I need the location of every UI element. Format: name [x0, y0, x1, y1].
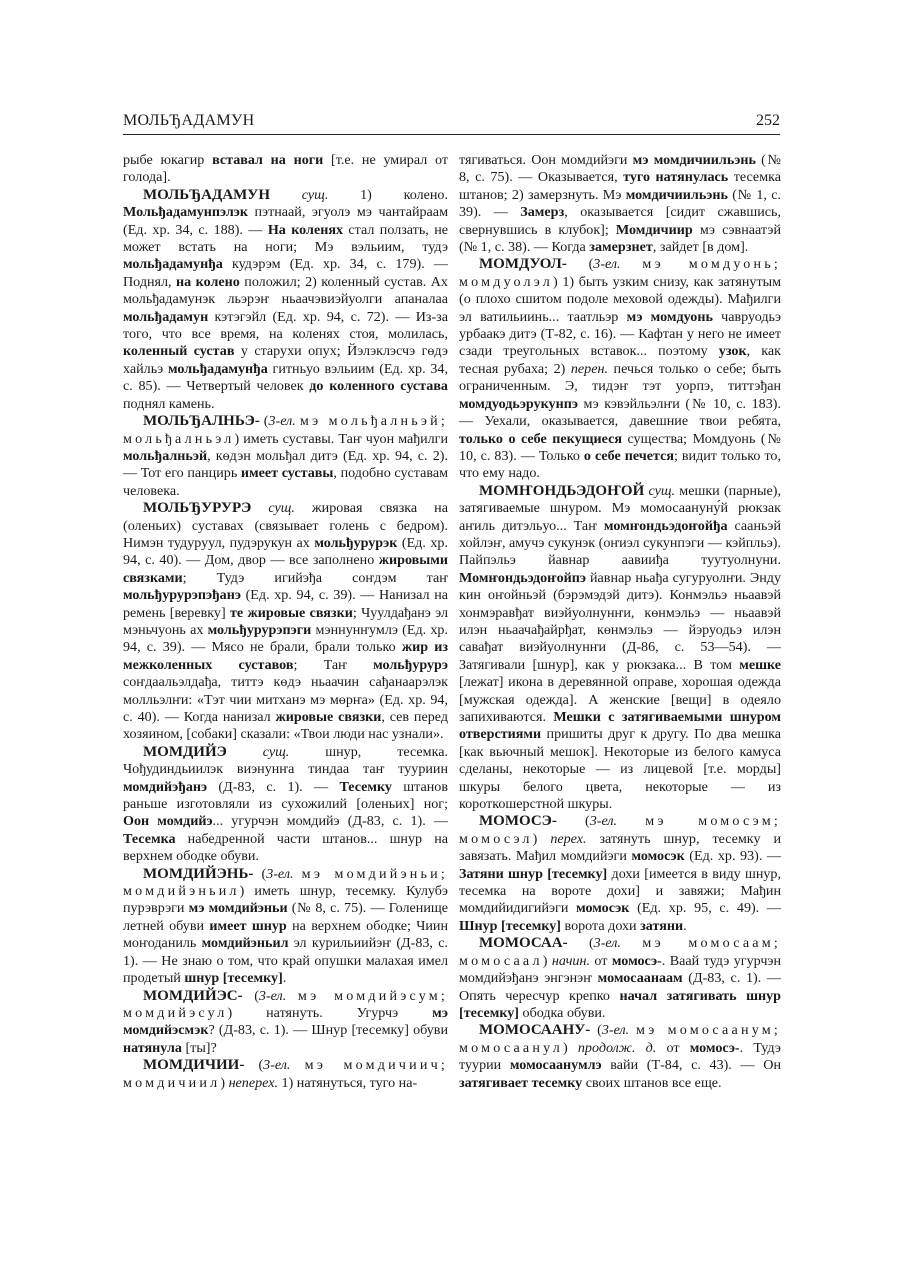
text-run: поднял камень. — [123, 396, 215, 412]
bold-phrase: момдийэньил — [202, 935, 289, 951]
text-run: ( — [567, 256, 593, 272]
bold-phrase: узок — [719, 343, 747, 359]
headword: МОЛЬЂАЛНЬЭ- — [143, 413, 260, 429]
text-run: (Ед. хр. 93). — — [685, 848, 781, 864]
bold-phrase: мольђурурэпэђанэ — [123, 587, 241, 603]
grammar-label: 3-ел. — [266, 866, 293, 882]
bold-phrase: момосэ- — [612, 953, 662, 969]
bold-phrase: момдуодьэрукунпэ — [459, 396, 578, 412]
bold-phrase: замерзнет — [589, 239, 653, 255]
bold-phrase: имеет суставы — [241, 465, 334, 481]
entry-continuation: тягиваться. Оон момдийэги мэ момдичиильэ… — [459, 152, 781, 256]
bold-phrase: шнур [тесемку] — [184, 970, 282, 986]
grammar-label: 3-ел. — [590, 813, 617, 829]
bold-phrase: момҥондьэдоҥойђа — [604, 518, 728, 534]
text-run — [227, 744, 263, 760]
text-run: ... угурчэн момдийэ (Д-83, с. 1). — — [213, 813, 448, 829]
dictionary-entry: МОМДИЙЭНЬ- (3-ел. мэ момдийэньи; момдийэ… — [123, 866, 448, 988]
text-run: (Д-83, с. 1). — — [207, 779, 339, 795]
text-run: ( — [253, 866, 266, 882]
bold-phrase: мэ момдичиильэнь — [633, 152, 756, 168]
bold-phrase: мольђадамун — [123, 309, 208, 325]
bold-phrase: до коленного сустава — [309, 378, 448, 394]
grammar-label: неперех. — [229, 1075, 278, 1091]
dictionary-entry: МОМДИЧИИ- (3-ел. мэ момдичиич; момдичиил… — [123, 1057, 448, 1092]
dictionary-entry: МОМДУОЛ- (3-ел. мэ момдуонь; момдуолэл) … — [459, 256, 781, 482]
text-run: ; Тудэ игийэђа соҥдэм таҥ — [183, 570, 448, 586]
bold-phrase: момдичиильэнь — [626, 187, 728, 203]
grammar-label: 3-ел. — [259, 988, 286, 1004]
grammar-label: сущ. — [268, 500, 295, 516]
text-run: 1) колено. — [328, 187, 448, 203]
bold-phrase: на колено — [176, 274, 240, 290]
bold-phrase: мешке — [739, 657, 781, 673]
bold-phrase: о себе печется — [584, 448, 674, 464]
bold-phrase: Тесемку — [339, 779, 392, 795]
text-run: ( — [244, 1057, 263, 1073]
bold-phrase: момосаанумлэ — [510, 1057, 602, 1073]
grammar-label: 3-ел. — [594, 935, 621, 951]
bold-phrase: момосэк — [576, 900, 629, 916]
text-run: своих штанов все еще. — [582, 1075, 721, 1091]
bold-phrase: мольђурурэ — [373, 657, 448, 673]
bold-phrase: Замерз — [520, 204, 564, 220]
bold-phrase: коленный сустав — [123, 343, 234, 359]
right-column: тягиваться. Оон момдийэги мэ момдичиильэ… — [459, 152, 781, 1092]
headword: МОМДИЙЭ — [143, 744, 227, 760]
text-run: ободка обуви. — [519, 1005, 605, 1021]
text-run: ( — [557, 813, 590, 829]
text-run: . — [283, 970, 287, 986]
bold-phrase: мэ момдуонь — [627, 309, 713, 325]
text-run — [629, 1022, 636, 1038]
dictionary-entry: МОМҤОНДЬЭДОҤОЙ сущ. мешки (парные), затя… — [459, 483, 781, 814]
dictionary-entry: МОМДИЙЭС- (3-ел. мэ момдийэсум; момдийэс… — [123, 988, 448, 1058]
text-run — [621, 935, 642, 951]
text-run — [294, 866, 302, 882]
text-run: от — [656, 1040, 689, 1056]
headword: МОМДИЙЭС- — [143, 988, 243, 1004]
grammar-label: продолж. д. — [578, 1040, 656, 1056]
text-run: ) — [563, 1040, 578, 1056]
dictionary-entry: МОМОСАА- (3-ел. мэ момосаам; момосаал) н… — [459, 935, 781, 1022]
grammar-label: 3-ел. — [602, 1022, 629, 1038]
bold-phrase: Тесемка — [123, 831, 176, 847]
running-head-title: МОЛЬЂАДАМУН — [123, 112, 255, 130]
bold-phrase: мольђалньэй — [123, 448, 207, 464]
headword: МОМДУОЛ- — [479, 256, 567, 272]
bold-phrase: Момдичиир — [616, 222, 693, 238]
bold-phrase: Шнур [тесемку] — [459, 918, 561, 934]
dictionary-entry: МОМОСААНУ- (3-ел. мэ момосаанум; момосаа… — [459, 1022, 781, 1092]
grammar-label: сущ. — [302, 187, 329, 203]
dictionary-entry: МОЛЬЂАЛНЬЭ- (3-ел. мэ мольђалньэй; мольђ… — [123, 413, 448, 500]
bold-phrase: мольђадамунђа — [123, 256, 223, 272]
bold-phrase: момосэк — [631, 848, 684, 864]
text-run: ) иметь суставы. Таҥ чуон мађилги — [234, 431, 448, 447]
text-run: ( — [243, 988, 259, 1004]
grammar-label: перех. — [550, 831, 586, 847]
dictionary-entry: МОМДИЙЭ сущ. шнур, тесемка. Чођудиндьиил… — [123, 744, 448, 866]
text-run: , зайдет [в дом]. — [653, 239, 748, 255]
text-run — [251, 500, 268, 516]
text-run: от — [590, 953, 612, 969]
text-run: [ты]? — [182, 1040, 217, 1056]
bold-phrase: вставал на ноги — [212, 152, 323, 168]
bold-phrase: Оон момдийэ — [123, 813, 213, 829]
bold-phrase: жировые связки — [276, 709, 382, 725]
bold-phrase: натянула — [123, 1040, 182, 1056]
bold-phrase: Затяни шнур [тесемку] — [459, 866, 607, 882]
headword: МОМОСААНУ- — [479, 1022, 590, 1038]
grammar-label: 3-ел. — [263, 1057, 290, 1073]
text-run: . — [683, 918, 687, 934]
headword: МОМОСАА- — [479, 935, 568, 951]
dictionary-entry: МОМОСЭ- (3-ел. мэ момосэм; момосэл) пере… — [459, 813, 781, 935]
text-run: ворота дохи — [561, 918, 640, 934]
text-run: ( — [568, 935, 594, 951]
bold-phrase: только о себе пекущиеся — [459, 431, 622, 447]
bold-phrase: имеет шнур — [209, 918, 286, 934]
bold-phrase: туго натянулась — [623, 169, 728, 185]
bold-phrase: момдийэђанэ — [123, 779, 207, 795]
bold-phrase: мольђурурэпэги — [208, 622, 312, 638]
bold-phrase: Мольђадамунпэлэк — [123, 204, 248, 220]
text-run — [290, 1057, 304, 1073]
bold-phrase: затяни — [640, 918, 683, 934]
bold-phrase: момосэ- — [690, 1040, 740, 1056]
bold-phrase: затягивает тесемку — [459, 1075, 582, 1091]
grammar-label: сущ. — [648, 483, 675, 499]
text-run: (Ед. хр. 95, с. 49). — — [629, 900, 781, 916]
headword: МОМОСЭ- — [479, 813, 557, 829]
text-run: ) — [543, 953, 552, 969]
grammar-label: перен. — [571, 361, 608, 377]
grammar-label: сущ. — [263, 744, 290, 760]
text-run: ? (Д-83, с. 1). — Шнур [тесемку] обуви — [209, 1022, 449, 1038]
grammar-label: начин. — [552, 953, 590, 969]
bold-phrase: те жировые связки — [230, 605, 353, 621]
text-run: рыбе юкагир — [123, 152, 212, 168]
running-header: МОЛЬЂАДАМУН 252 — [123, 110, 780, 135]
headword: МОМДИЙЭНЬ- — [143, 866, 253, 882]
text-run: ) — [220, 1075, 228, 1091]
dictionary-entry: МОЛЬЂУРУРЭ сущ. жировая связка на (олень… — [123, 500, 448, 744]
grammar-label: 3-ел. — [593, 256, 620, 272]
text-run: 1) натянуться, туго на- — [278, 1075, 417, 1091]
left-column: рыбе юкагир вставал на ноги [т.е. не уми… — [123, 152, 448, 1092]
headword: МОМҤОНДЬЭДОҤОЙ — [479, 483, 644, 499]
text-run: ; Таҥ — [293, 657, 373, 673]
text-run: ) натянуть. Угурчэ — [227, 1005, 432, 1021]
bold-phrase: мольђурурэк — [314, 535, 397, 551]
dictionary-entry: МОЛЬЂАДАМУН сущ. 1) колено. Мольђадамунп… — [123, 187, 448, 413]
text-run — [270, 187, 302, 203]
bold-phrase: Момҥондьэдоҥойпэ — [459, 570, 586, 586]
text-run: вайи (Т-84, с. 43). — Он — [602, 1057, 781, 1073]
text-run: тягиваться. Оон момдийэги — [459, 152, 633, 168]
text-run: ( — [590, 1022, 602, 1038]
entry-continuation: рыбе юкагир вставал на ноги [т.е. не уми… — [123, 152, 448, 187]
grammar-label: 3-ел. — [268, 413, 295, 429]
bold-phrase: На коленях — [268, 222, 343, 238]
text-run: ) — [533, 831, 551, 847]
bold-phrase: мэ момдийэньи — [189, 900, 288, 916]
bold-phrase: мольђадамунђа — [168, 361, 268, 377]
headword: МОМДИЧИИ- — [143, 1057, 244, 1073]
page-number: 252 — [756, 112, 780, 130]
text-run — [617, 813, 645, 829]
text-run — [621, 256, 643, 272]
headword: МОЛЬЂУРУРЭ — [143, 500, 251, 516]
bold-phrase: момосаанаам — [598, 970, 683, 986]
text-run — [286, 988, 298, 1004]
headword: МОЛЬЂАДАМУН — [143, 187, 270, 203]
